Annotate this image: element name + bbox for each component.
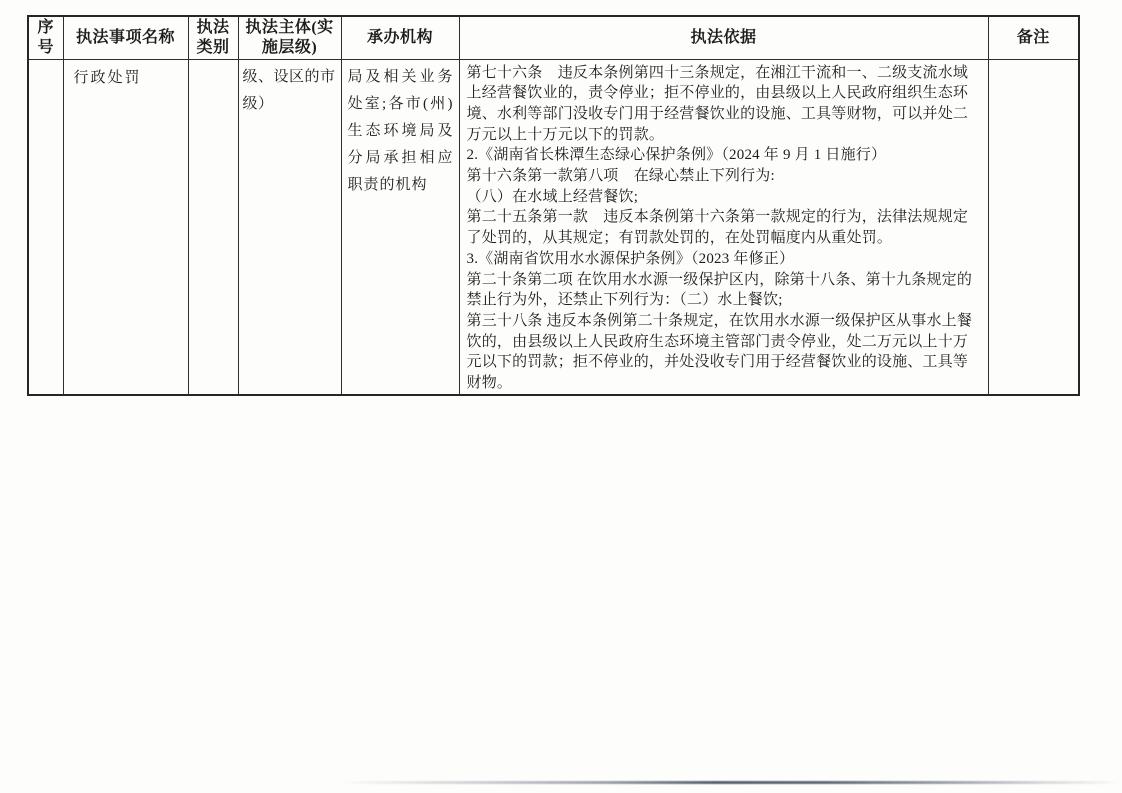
- header-remark: 备注: [988, 16, 1079, 59]
- header-category: 执法类别: [188, 16, 238, 59]
- scan-streak-artifact: [340, 781, 1122, 784]
- cell-agency: 局及相关业务处室;各市(州)生态环境局及分局承担相应职责的机构: [341, 59, 459, 395]
- table-row: 行政处罚 级、设区的市级） 局及相关业务处室;各市(州)生态环境局及分局承担相应…: [28, 59, 1079, 395]
- cell-item-name: 行政处罚: [63, 59, 188, 395]
- header-subject-level: 执法主体(实施层级): [238, 16, 341, 59]
- header-agency: 承办机构: [341, 16, 459, 59]
- header-legal-basis: 执法依据: [459, 16, 988, 59]
- cell-legal-basis: 第七十六条 违反本条例第四十三条规定，在湘江干流和一、二级支流水域上经营餐饮业的…: [459, 59, 988, 395]
- enforcement-items-table: 序号 执法事项名称 执法类别 执法主体(实施层级) 承办机构 执法依据 备注 行…: [27, 15, 1080, 396]
- cell-serial-number: [28, 59, 63, 395]
- cell-subject-level: 级、设区的市级）: [238, 59, 341, 395]
- document-page: 序号 执法事项名称 执法类别 执法主体(实施层级) 承办机构 执法依据 备注 行…: [0, 0, 1122, 793]
- header-row: 序号 执法事项名称 执法类别 执法主体(实施层级) 承办机构 执法依据 备注: [28, 16, 1079, 59]
- header-item-name: 执法事项名称: [63, 16, 188, 59]
- header-serial-number: 序号: [28, 16, 63, 59]
- cell-remark: [988, 59, 1079, 395]
- cell-category: [188, 59, 238, 395]
